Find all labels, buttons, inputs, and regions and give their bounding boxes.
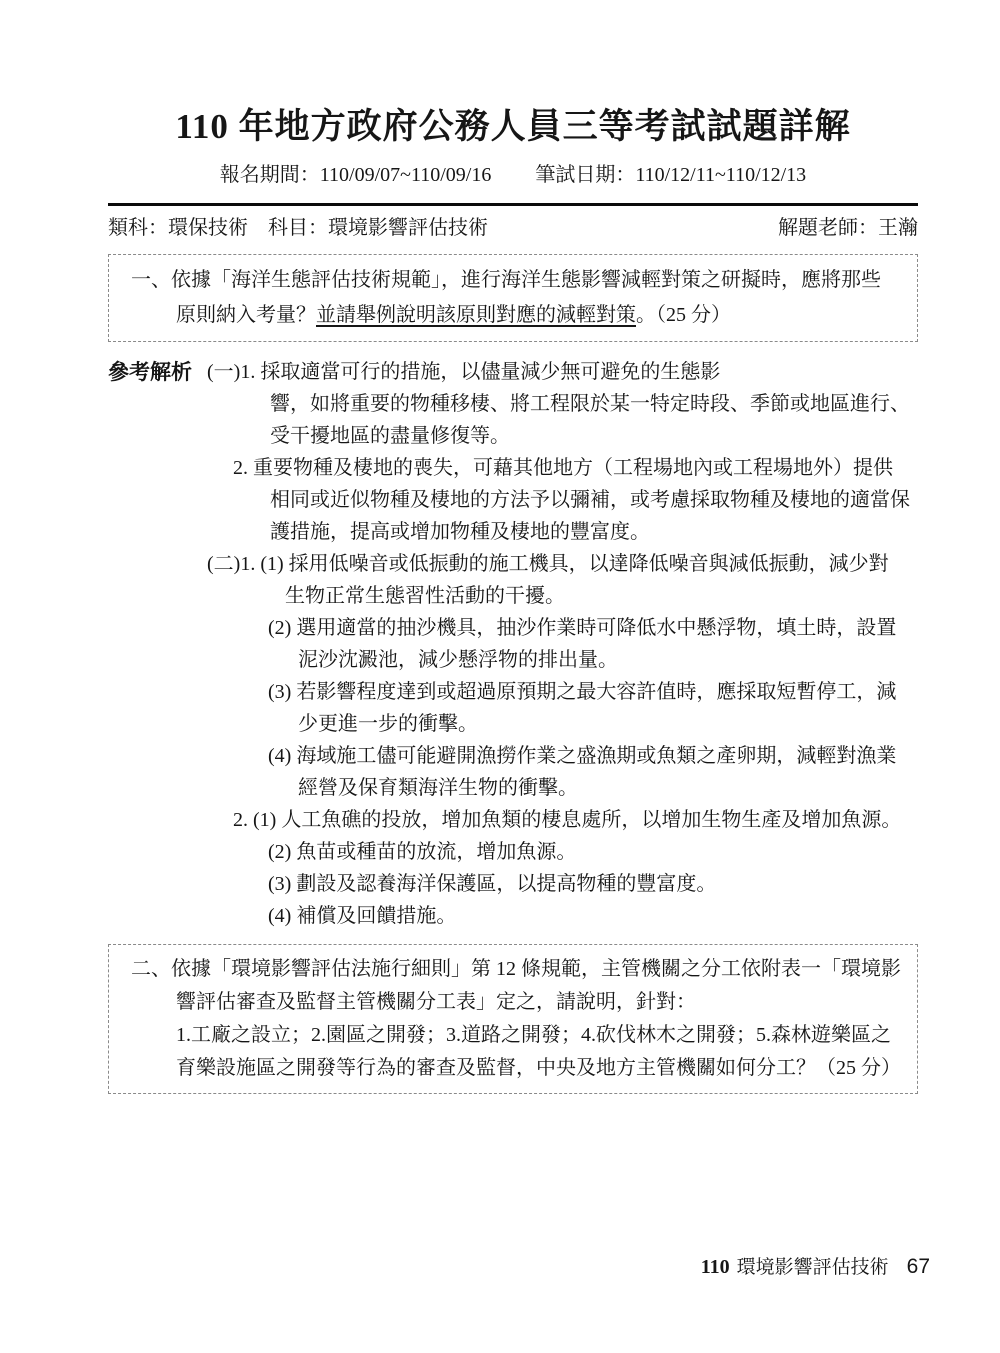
analysis-line: 受干擾地區的盡量修復等。 <box>270 420 918 452</box>
registration-period: 報名期間：110/09/07~110/09/16 <box>220 162 492 188</box>
analysis-line: (2) 魚苗或種苗的放流，增加魚源。 <box>268 836 918 868</box>
analysis-line: 相同或近似物種及棲地的方法予以彌補，或考慮採取物種及棲地的適當保 <box>270 484 918 516</box>
question-2-line: 二、依據「環境影響評估法施行細則」第 12 條規範，主管機關之分工依附表一「環境… <box>131 953 917 986</box>
footer-page-number: 67 <box>907 1255 930 1279</box>
analysis-line: 少更進一步的衝擊。 <box>298 708 918 740</box>
question-1-line2-pre: 原則納入考量？ <box>176 304 316 326</box>
question-2-line: 響評估審查及監督主管機關分工表」定之，請說明，針對： <box>176 986 917 1019</box>
question-2-line: 1.工廠之設立；2.園區之開發；3.道路之開發；4.砍伐林木之開發；5.森林遊樂… <box>176 1019 917 1052</box>
analysis-line: 生物正常生態習性活動的干擾。 <box>285 580 918 612</box>
analysis-line: (4) 海域施工儘可能避開漁撈作業之盛漁期或魚類之產卵期，減輕對漁業 <box>268 740 918 772</box>
exam-dates-line: 報名期間：110/09/07~110/09/16 筆試日期：110/12/11~… <box>108 162 918 188</box>
page-footer: 110 環境影響評估技術 67 <box>701 1252 930 1279</box>
question-1-line: 一、依據「海洋生態評估技術規範」，進行海洋生態影響減輕對策之研擬時，應將那些 <box>131 263 917 298</box>
analysis-line: 2. 重要物種及棲地的喪失，可藉其他地方（工程場地內或工程場地外）提供 <box>233 452 918 484</box>
question-1-line2-underlined: 並請舉例說明該原則對應的減輕對策 <box>316 304 636 326</box>
category-subject: 類科：環保技術 科目：環境影響評估技術 <box>108 214 488 242</box>
question-1-line2-post: 。（25 分） <box>636 304 731 326</box>
solver-teacher: 解題老師：王瀚 <box>778 214 918 242</box>
analysis-line: (4) 補償及回饋措施。 <box>268 900 918 932</box>
question-2-box: 二、依據「環境影響評估法施行細則」第 12 條規範，主管機關之分工依附表一「環境… <box>108 944 918 1094</box>
analysis-line: (一)1. 採取適當可行的措施，以儘量減少無可避免的生態影 <box>207 356 918 388</box>
question-2-line: 育樂設施區之開發等行為的審查及監督，中央及地方主管機關如何分工？（25 分） <box>176 1052 917 1085</box>
reference-analysis-section: 參考解析 (一)1. 採取適當可行的措施，以儘量減少無可避免的生態影 響，如將重… <box>108 356 918 932</box>
question-1-line: 原則納入考量？並請舉例說明該原則對應的減輕對策。（25 分） <box>176 298 917 333</box>
header-divider <box>108 203 918 206</box>
analysis-line: 經營及保育類海洋生物的衝擊。 <box>298 772 918 804</box>
analysis-line: (2) 選用適當的抽沙機具，抽沙作業時可降低水中懸浮物，填土時，設置 <box>268 612 918 644</box>
analysis-line: 泥沙沈澱池，減少懸浮物的排出量。 <box>298 644 918 676</box>
meta-row: 類科：環保技術 科目：環境影響評估技術 解題老師：王瀚 <box>108 214 918 242</box>
analysis-line: (3) 若影響程度達到或超過原預期之最大容許值時，應採取短暫停工，減 <box>268 676 918 708</box>
document-page: 110 年地方政府公務人員三等考試試題詳解 報名期間：110/09/07~110… <box>0 0 1000 1353</box>
page-content: 110 年地方政府公務人員三等考試試題詳解 報名期間：110/09/07~110… <box>108 0 918 1094</box>
analysis-line: 響，如將重要的物種移棲、將工程限於某一特定時段、季節或地區進行、 <box>270 388 918 420</box>
page-title: 110 年地方政府公務人員三等考試試題詳解 <box>108 0 918 148</box>
written-exam-date: 筆試日期：110/12/11~110/12/13 <box>535 162 806 188</box>
analysis-line: (3) 劃設及認養海洋保護區，以提高物種的豐富度。 <box>268 868 918 900</box>
question-1-box: 一、依據「海洋生態評估技術規範」，進行海洋生態影響減輕對策之研擬時，應將那些 原… <box>108 254 918 342</box>
analysis-line: (二)1. (1) 採用低噪音或低振動的施工機具，以達降低噪音與減低振動，減少對 <box>207 548 918 580</box>
analysis-label: 參考解析 <box>108 356 192 388</box>
analysis-line: 護措施，提高或增加物種及棲地的豐富度。 <box>270 516 918 548</box>
analysis-line: 2. (1) 人工魚礁的投放，增加魚類的棲息處所，以增加生物生產及增加魚源。 <box>233 804 918 836</box>
footer-year: 110 <box>701 1256 730 1279</box>
footer-subject: 環境影響評估技術 <box>737 1252 889 1279</box>
